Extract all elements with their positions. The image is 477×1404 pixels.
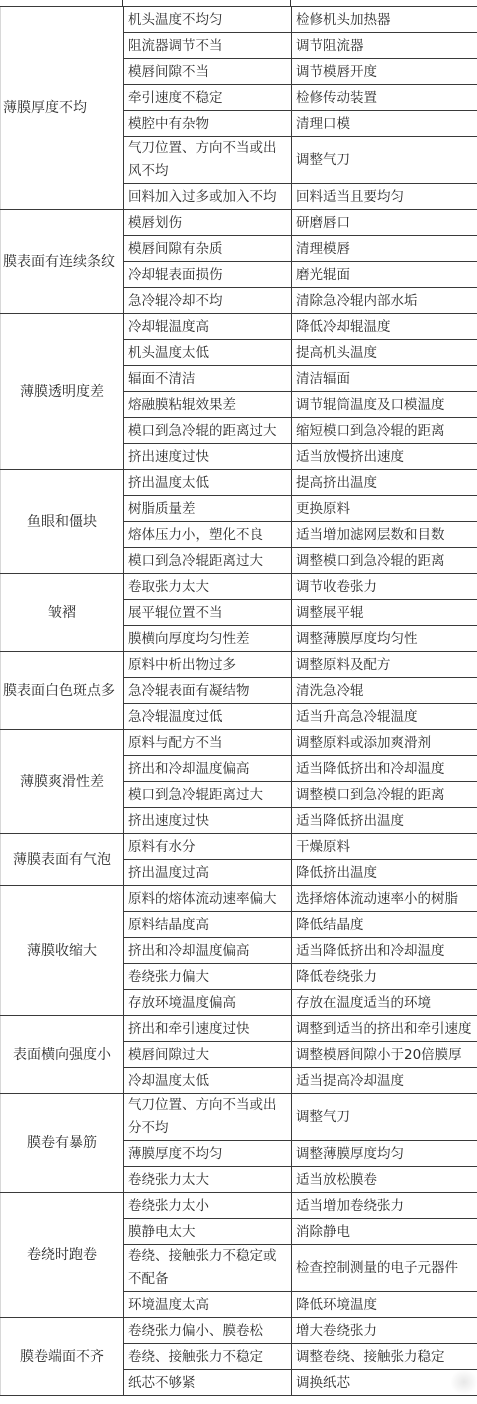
- solution-cell: 清理口模: [292, 111, 477, 137]
- table-row: 皱褶卷取张力太大调节收卷张力: [1, 574, 477, 600]
- cause-cell: 展平辊位置不当: [124, 600, 292, 626]
- solution-cell: 干燥原料: [292, 834, 477, 860]
- cause-cell: 模唇间隙有杂质: [124, 236, 292, 262]
- solution-cell: 调整薄膜厚度均匀性: [292, 626, 477, 652]
- problem-cell: 膜表面白色斑点多: [1, 652, 124, 730]
- cause-cell: 膜静电太大: [124, 1219, 292, 1245]
- solution-cell: 调整展平辊: [292, 600, 477, 626]
- problem-cell: 卷绕时跑卷: [1, 1193, 124, 1318]
- solution-cell: 选择熔体流动速率小的树脂: [292, 886, 477, 912]
- solution-cell: 检修机头加热器: [292, 7, 477, 33]
- problem-cell: 表面横向强度小: [1, 1016, 124, 1094]
- solution-cell: 消除静电: [292, 1219, 477, 1245]
- table-row: 薄膜厚度不均机头温度不均匀检修机头加热器: [1, 7, 477, 33]
- problem-cell: 皱褶: [1, 574, 124, 652]
- solution-cell: 调换纸芯: [292, 1370, 477, 1396]
- solution-cell: 调节阻流器: [292, 33, 477, 59]
- solution-cell: 适当增加滤网层数和目数: [292, 522, 477, 548]
- solution-cell: 磨光辊面: [292, 262, 477, 288]
- cause-cell: 冷却辊表面损伤: [124, 262, 292, 288]
- solution-cell: 检修传动装置: [292, 85, 477, 111]
- table-row: 鱼眼和僵块挤出温度太低提高挤出温度: [1, 470, 477, 496]
- solution-cell: 增大卷绕张力: [292, 1318, 477, 1344]
- solution-cell: 适当放慢挤出速度: [292, 444, 477, 470]
- solution-cell: 调整卷绕、接触张力稳定: [292, 1344, 477, 1370]
- solution-cell: 降低环境温度: [292, 1292, 477, 1318]
- cause-cell: 模口到急冷辊的距离过大: [124, 418, 292, 444]
- solution-cell: 适当降低挤出和冷却温度: [292, 756, 477, 782]
- solution-cell: 适当增加卷绕张力: [292, 1193, 477, 1219]
- solution-cell: 清理模唇: [292, 236, 477, 262]
- cause-cell: 挤出和牵引速度过快: [124, 1016, 292, 1042]
- cause-cell: 原料结晶度高: [124, 912, 292, 938]
- table-row: 薄膜收缩大原料的熔体流动速率偏大选择熔体流动速率小的树脂: [1, 886, 477, 912]
- cause-cell: 膜横向厚度均匀性差: [124, 626, 292, 652]
- solution-cell: 调整气刀: [292, 137, 477, 184]
- solution-cell: 清洁辐面: [292, 366, 477, 392]
- cause-cell: 模唇划伤: [124, 210, 292, 236]
- cause-cell: 挤出和冷却温度偏高: [124, 756, 292, 782]
- solution-cell: 缩短模口到急冷辊的距离: [292, 418, 477, 444]
- troubleshooting-table: 薄膜厚度不均机头温度不均匀检修机头加热器阻流器调节不当调节阻流器模唇间隙不当调节…: [0, 6, 477, 1396]
- table-row: 膜卷有暴筋气刀位置、方向不当或出分不均调整气刀: [1, 1094, 477, 1141]
- solution-cell: 调整到适当的挤出和牵引速度: [292, 1016, 477, 1042]
- cause-cell: 牵引速度不稳定: [124, 85, 292, 111]
- problem-cell: 薄膜表面有气泡: [1, 834, 124, 886]
- cause-cell: 机头温度不均匀: [124, 7, 292, 33]
- cause-cell: 模唇间隙过大: [124, 1042, 292, 1068]
- cause-cell: 挤出速度过快: [124, 444, 292, 470]
- solution-cell: 调整模唇间隙小于20倍膜厚: [292, 1042, 477, 1068]
- problem-cell: 膜表面有连续条纹: [1, 210, 124, 314]
- cause-cell: 气刀位置、方向不当或出风不均: [124, 137, 292, 184]
- problem-cell: 薄膜爽滑性差: [1, 730, 124, 834]
- solution-cell: 提高机头温度: [292, 340, 477, 366]
- table-body: 薄膜厚度不均机头温度不均匀检修机头加热器阻流器调节不当调节阻流器模唇间隙不当调节…: [1, 7, 477, 1396]
- table-row: 膜表面白色斑点多原料中析出物过多调整原料及配方: [1, 652, 477, 678]
- scroll-indicator-blur: [451, 1370, 477, 1394]
- problem-cell: 薄膜厚度不均: [1, 7, 124, 210]
- table-row: 薄膜透明度差冷却辊温度高降低冷却辊温度: [1, 314, 477, 340]
- cause-cell: 回料加入过多或加入不均: [124, 184, 292, 210]
- cause-cell: 急冷辊温度过低: [124, 704, 292, 730]
- cause-cell: 急冷辊表面有凝结物: [124, 678, 292, 704]
- solution-cell: 降低结晶度: [292, 912, 477, 938]
- cause-cell: 机头温度太低: [124, 340, 292, 366]
- solution-cell: 调整模口到急冷辊的距离: [292, 548, 477, 574]
- solution-cell: 调整气刀: [292, 1094, 477, 1141]
- cause-cell: 熔体压力小，塑化不良: [124, 522, 292, 548]
- cause-cell: 卷绕、接触张力不稳定或不配备: [124, 1245, 292, 1292]
- table-row: 膜卷端面不齐卷绕张力偏小、膜卷松增大卷绕张力: [1, 1318, 477, 1344]
- cause-cell: 原料的熔体流动速率偏大: [124, 886, 292, 912]
- cause-cell: 挤出速度过快: [124, 808, 292, 834]
- cause-cell: 模口到急冷辊距离过大: [124, 782, 292, 808]
- solution-cell: 适当降低挤出温度: [292, 808, 477, 834]
- problem-cell: 薄膜透明度差: [1, 314, 124, 470]
- cause-cell: 模腔中有杂物: [124, 111, 292, 137]
- cause-cell: 存放环境温度偏高: [124, 990, 292, 1016]
- cause-cell: 熔融膜粘辊效果差: [124, 392, 292, 418]
- solution-cell: 调节模唇开度: [292, 59, 477, 85]
- solution-cell: 提高挤出温度: [292, 470, 477, 496]
- cause-cell: 卷绕张力偏大: [124, 964, 292, 990]
- solution-cell: 调整原料及配方: [292, 652, 477, 678]
- solution-cell: 清除急冷辊内部水垢: [292, 288, 477, 314]
- solution-cell: 适当降低挤出和冷却温度: [292, 938, 477, 964]
- cause-cell: 环境温度太高: [124, 1292, 292, 1318]
- solution-cell: 更换原料: [292, 496, 477, 522]
- solution-cell: 研磨唇口: [292, 210, 477, 236]
- cause-cell: 薄膜厚度不均匀: [124, 1141, 292, 1167]
- solution-cell: 调节辊筒温度及口模温度: [292, 392, 477, 418]
- cause-cell: 挤出和冷却温度偏高: [124, 938, 292, 964]
- cause-cell: 挤出温度太低: [124, 470, 292, 496]
- cause-cell: 挤出温度过高: [124, 860, 292, 886]
- cause-cell: 冷却温度太低: [124, 1068, 292, 1094]
- cause-cell: 辐面不清洁: [124, 366, 292, 392]
- table-row: 薄膜爽滑性差原料与配方不当调整原料或添加爽滑剂: [1, 730, 477, 756]
- solution-cell: 适当升高急冷辊温度: [292, 704, 477, 730]
- solution-cell: 降低挤出温度: [292, 860, 477, 886]
- solution-cell: 存放在温度适当的环境: [292, 990, 477, 1016]
- cause-cell: 冷却辊温度高: [124, 314, 292, 340]
- cause-cell: 卷绕张力太小: [124, 1193, 292, 1219]
- solution-cell: 适当提高冷却温度: [292, 1068, 477, 1094]
- cause-cell: 卷绕、接触张力不稳定: [124, 1344, 292, 1370]
- cause-cell: 模唇间隙不当: [124, 59, 292, 85]
- cause-cell: 卷绕张力偏小、膜卷松: [124, 1318, 292, 1344]
- cause-cell: 原料有水分: [124, 834, 292, 860]
- cause-cell: 树脂质量差: [124, 496, 292, 522]
- solution-cell: 调整模口到急冷辊的距离: [292, 782, 477, 808]
- solution-cell: 检查控制测量的电子元器件: [292, 1245, 477, 1292]
- cause-cell: 急冷辊冷却不均: [124, 288, 292, 314]
- cause-cell: 原料中析出物过多: [124, 652, 292, 678]
- solution-cell: 调整原料或添加爽滑剂: [292, 730, 477, 756]
- solution-cell: 清洗急冷辊: [292, 678, 477, 704]
- solution-cell: 降低卷绕张力: [292, 964, 477, 990]
- problem-cell: 膜卷端面不齐: [1, 1318, 124, 1396]
- cause-cell: 气刀位置、方向不当或出分不均: [124, 1094, 292, 1141]
- cause-cell: 卷取张力太大: [124, 574, 292, 600]
- solution-cell: 调节收卷张力: [292, 574, 477, 600]
- cause-cell: 卷绕张力太大: [124, 1167, 292, 1193]
- table-row: 卷绕时跑卷卷绕张力太小适当增加卷绕张力: [1, 1193, 477, 1219]
- table-row: 表面横向强度小挤出和牵引速度过快调整到适当的挤出和牵引速度: [1, 1016, 477, 1042]
- solution-cell: 调整薄膜厚度均匀: [292, 1141, 477, 1167]
- cause-cell: 原料与配方不当: [124, 730, 292, 756]
- solution-cell: 适当放松膜卷: [292, 1167, 477, 1193]
- solution-cell: 降低冷却辊温度: [292, 314, 477, 340]
- table-row: 膜表面有连续条纹模唇划伤研磨唇口: [1, 210, 477, 236]
- problem-cell: 鱼眼和僵块: [1, 470, 124, 574]
- problem-cell: 膜卷有暴筋: [1, 1094, 124, 1193]
- cause-cell: 纸芯不够紧: [124, 1370, 292, 1396]
- solution-cell: 回料适当且要均匀: [292, 184, 477, 210]
- cause-cell: 阻流器调节不当: [124, 33, 292, 59]
- cause-cell: 模口到急冷辊距离过大: [124, 548, 292, 574]
- problem-cell: 薄膜收缩大: [1, 886, 124, 1016]
- table-row: 薄膜表面有气泡原料有水分干燥原料: [1, 834, 477, 860]
